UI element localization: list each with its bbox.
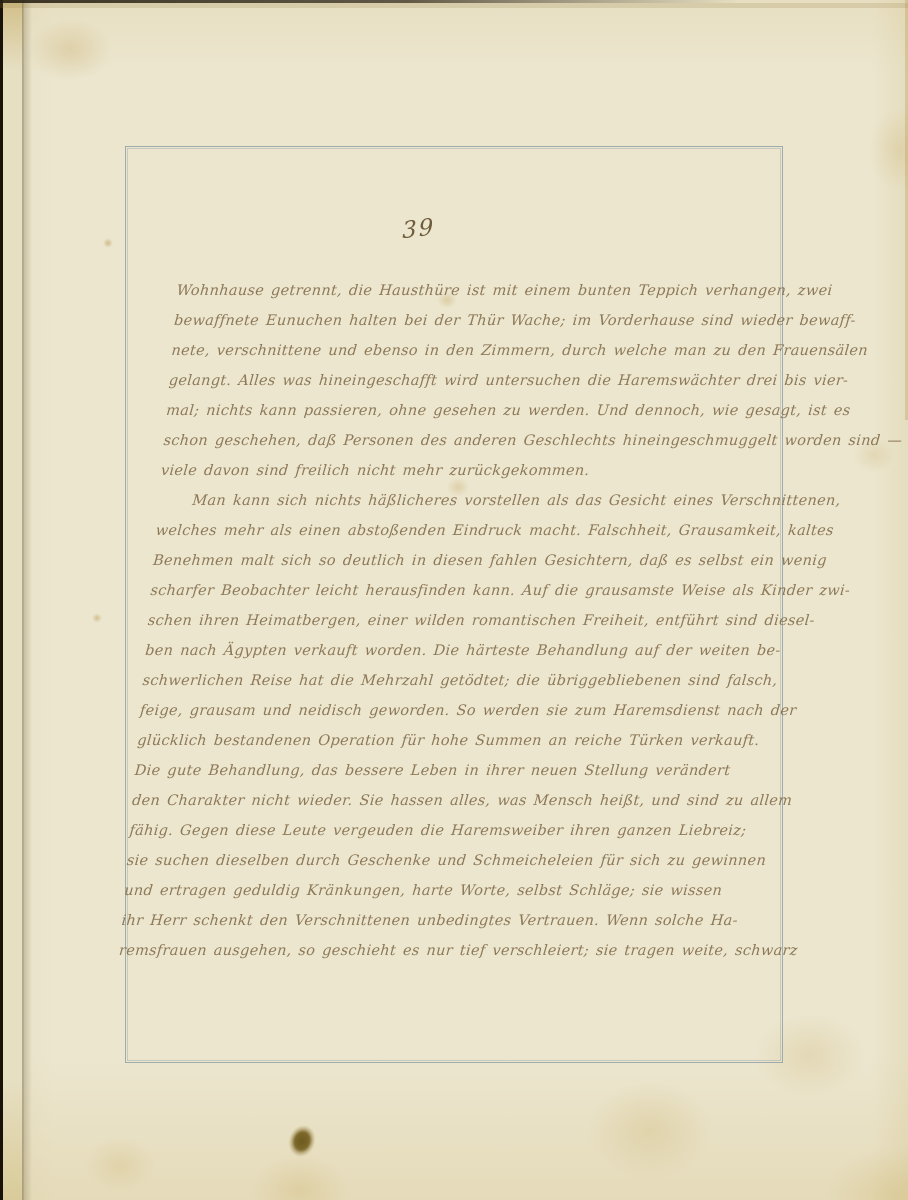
manuscript-line: feige, grausam und neidisch geworden. So… [139, 696, 742, 726]
manuscript-line: schon geschehen, daß Personen des andere… [162, 426, 765, 456]
manuscript-text: Wohnhause getrennt, die Hausthüre ist mi… [118, 276, 778, 966]
manuscript-line: glücklich bestandenen Operation für hohe… [136, 726, 739, 756]
top-edge-tint [0, 3, 908, 8]
manuscript-line: Wohnhause getrennt, die Hausthüre ist mi… [175, 276, 778, 306]
manuscript-line: welches mehr als einen abstoßenden Eindr… [154, 516, 757, 546]
underlying-page-edge [3, 0, 23, 1200]
scanned-album-page: 39 Wohnhause getrennt, die Hausthüre ist… [0, 0, 908, 1200]
manuscript-line: Die gute Behandlung, das bessere Leben i… [133, 756, 736, 786]
manuscript-line: den Charakter nicht wieder. Sie hassen a… [131, 786, 734, 816]
manuscript-line: fähig. Gegen diese Leute vergeuden die H… [128, 816, 731, 846]
manuscript-line: Benehmen malt sich so deutlich in diesen… [152, 546, 755, 576]
manuscript-line: schwerlichen Reise hat die Mehrzahl getö… [141, 666, 744, 696]
crease-shadow-fade [24, 0, 32, 1200]
manuscript-line: ihr Herr schenkt den Verschnittenen unbe… [120, 906, 723, 936]
manuscript-line-paragraph-start: Man kann sich nichts häßlicheres vorstel… [157, 486, 760, 516]
manuscript-line: und ertragen geduldig Kränkungen, harte … [123, 876, 726, 906]
manuscript-line: remsfrauen ausgehen, so geschieht es nur… [118, 936, 721, 966]
ink-stain [285, 1122, 320, 1160]
manuscript-line: sie suchen dieselben durch Geschenke und… [126, 846, 729, 876]
manuscript-line: schen ihren Heimatbergen, einer wilden r… [147, 606, 750, 636]
manuscript-line: gelangt. Alles was hineingeschafft wird … [168, 366, 771, 396]
manuscript-line: nete, verschnittene und ebenso in den Zi… [170, 336, 773, 366]
manuscript-line: mal; nichts kann passieren, ohne gesehen… [165, 396, 768, 426]
manuscript-line: scharfer Beobachter leicht herausfinden … [149, 576, 752, 606]
manuscript-line: bewaffnete Eunuchen halten bei der Thür … [173, 306, 776, 336]
manuscript-line: ben nach Ägypten verkauft worden. Die hä… [144, 636, 747, 666]
manuscript-line: viele davon sind freilich nicht mehr zur… [160, 456, 763, 486]
